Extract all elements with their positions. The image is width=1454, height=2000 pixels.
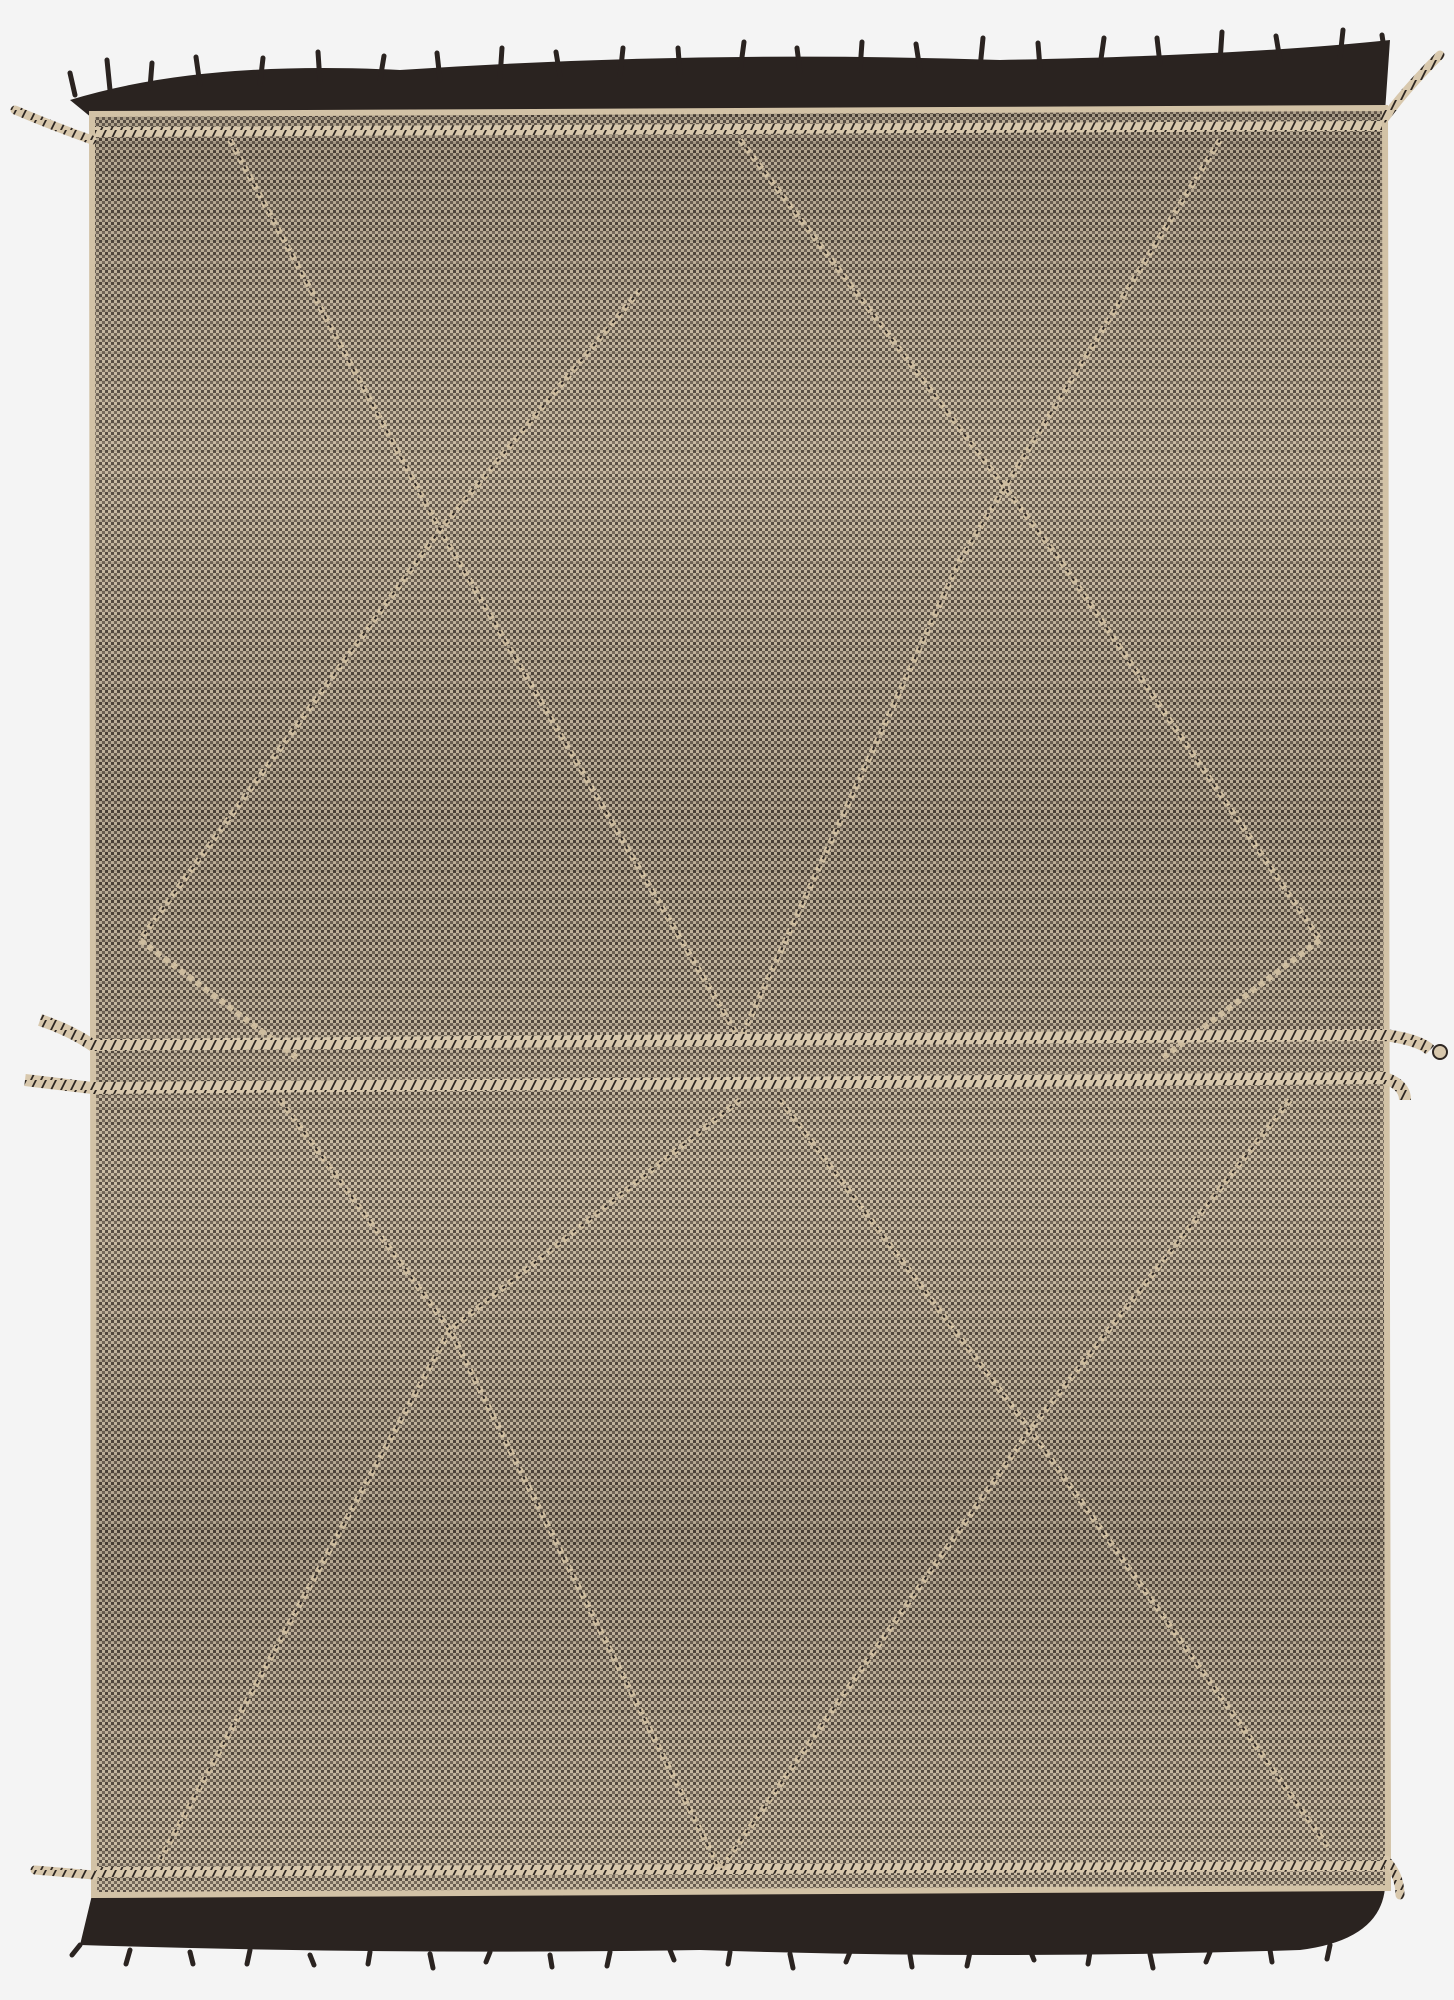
top-fringe xyxy=(70,30,1390,118)
rug-photo xyxy=(0,0,1454,2000)
bottom-fringe xyxy=(72,1888,1385,1968)
rug-body xyxy=(92,108,1388,1895)
